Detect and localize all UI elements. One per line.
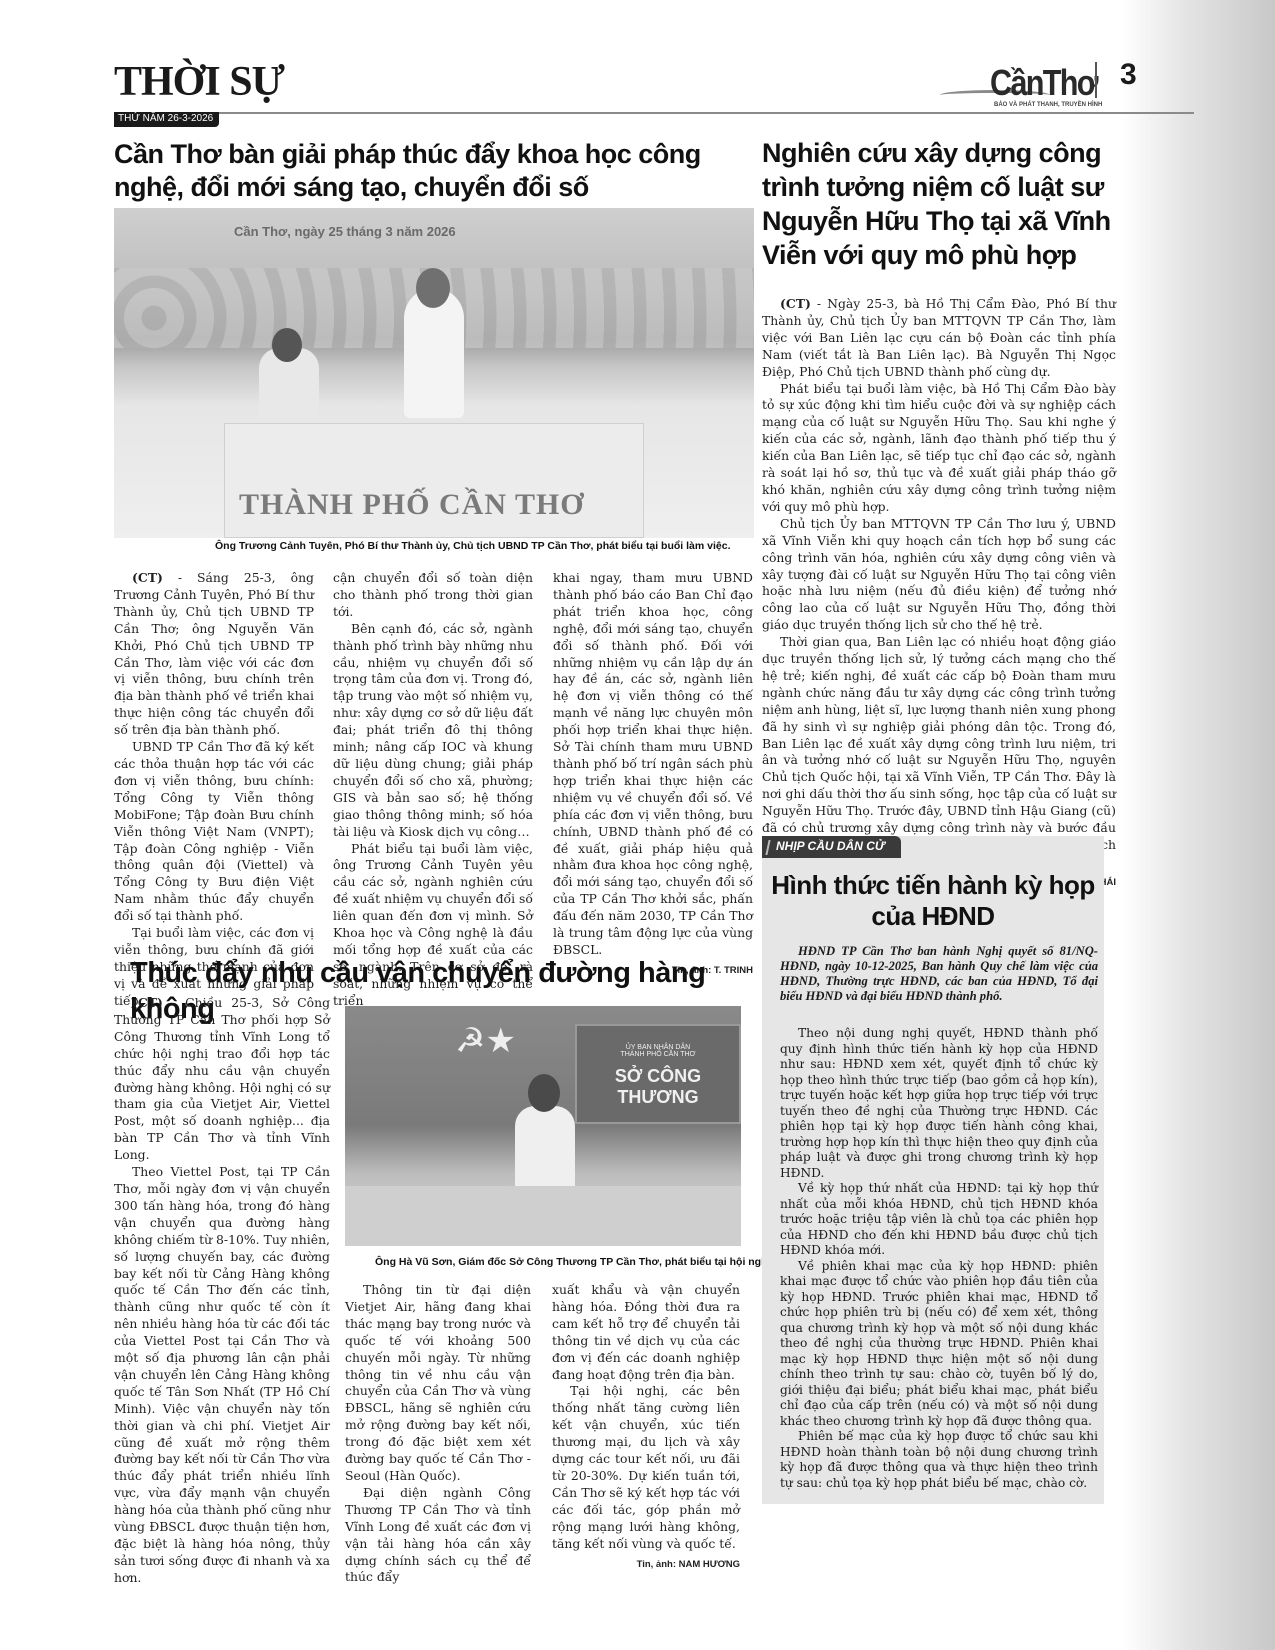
speaking-official-head bbox=[416, 268, 450, 308]
hammer-sickle-star-icon: ☭★ bbox=[455, 1021, 516, 1061]
article-headline-science-tech: Cần Thơ bàn giải pháp thúc đẩy khoa học … bbox=[114, 138, 754, 204]
article1-column-1: (CT) - Sáng 25-3, ông Trương Cảnh Tuyên,… bbox=[114, 570, 314, 1010]
lead-tag: (CT) bbox=[132, 570, 163, 585]
lead-tag: (CT) bbox=[780, 296, 811, 311]
header-rule bbox=[114, 112, 1194, 114]
column-tag: NHỊP CẦU DÂN CỬ bbox=[762, 836, 901, 858]
sidebar-sapo: HĐND TP Cần Thơ ban hành Nghị quyết số 8… bbox=[780, 944, 1098, 1004]
photo-banner-text: Cần Thơ, ngày 25 tháng 3 năm 2026 bbox=[234, 224, 456, 239]
article3-column-2: Thông tin từ đại diện Vietjet Air, hãng … bbox=[345, 1282, 531, 1586]
article3-column-3: xuất khẩu và vận chuyển hàng hóa. Đồng t… bbox=[552, 1282, 740, 1573]
page-number: 3 bbox=[1120, 58, 1137, 92]
article1-column-3: khai ngay, tham mưu UBND thành phố báo c… bbox=[553, 570, 753, 980]
article-headline-memorial: Nghiên cứu xây dựng công trình tưởng niệ… bbox=[762, 136, 1122, 272]
section-title: THỜI SỰ bbox=[114, 58, 284, 106]
desk-sign-text: THÀNH PHỐ CẦN THƠ bbox=[239, 488, 585, 522]
article-photo-meeting: Cần Thơ, ngày 25 tháng 3 năm 2026 THÀNH … bbox=[114, 208, 754, 538]
article1-column-2: cận chuyển đổi số toàn diện cho thành ph… bbox=[333, 570, 533, 1010]
speaker-head bbox=[528, 1074, 560, 1112]
photo-caption: Ông Trương Cảnh Tuyên, Phó Bí thư Thành … bbox=[215, 540, 730, 552]
article-photo-conference: ☭★ ỦY BAN NHÂN DÂN THÀNH PHỐ CẦN THƠ SỞ … bbox=[345, 1006, 741, 1246]
sidebar-headline: Hình thức tiến hành kỳ họp của HĐND bbox=[762, 870, 1104, 932]
article3-column-1: (CT) - Chiều 25-3, Sở Công Thương TP Cần… bbox=[114, 995, 330, 1587]
seated-official-head bbox=[272, 328, 302, 362]
lead-tag: (CT) bbox=[132, 995, 163, 1010]
brand-name: CầnThơ bbox=[990, 62, 1097, 104]
byline: Tin, ảnh: NAM HƯƠNG bbox=[552, 1557, 740, 1574]
sidebar-body: Theo nội dung nghị quyết, HĐND thành phố… bbox=[780, 1026, 1098, 1491]
brand-subtitle: BÁO VÀ PHÁT THANH, TRUYỀN HÌNH bbox=[994, 102, 1102, 108]
article2-body: (CT) - Ngày 25-3, bà Hồ Thị Cẩm Đào, Phó… bbox=[762, 296, 1116, 892]
photo-caption: Ông Hà Vũ Sơn, Giám đốc Sở Công Thương T… bbox=[375, 1256, 773, 1268]
issue-date: THỨ NĂM 26-3-2026 bbox=[114, 112, 219, 127]
masthead-divider bbox=[1095, 62, 1097, 98]
masthead-logo: CầnThơ BÁO VÀ PHÁT THANH, TRUYỀN HÌNH bbox=[970, 62, 1190, 112]
conference-table bbox=[345, 1186, 741, 1246]
department-plaque: ỦY BAN NHÂN DÂN THÀNH PHỐ CẦN THƠ SỞ CÔN… bbox=[575, 1024, 741, 1124]
